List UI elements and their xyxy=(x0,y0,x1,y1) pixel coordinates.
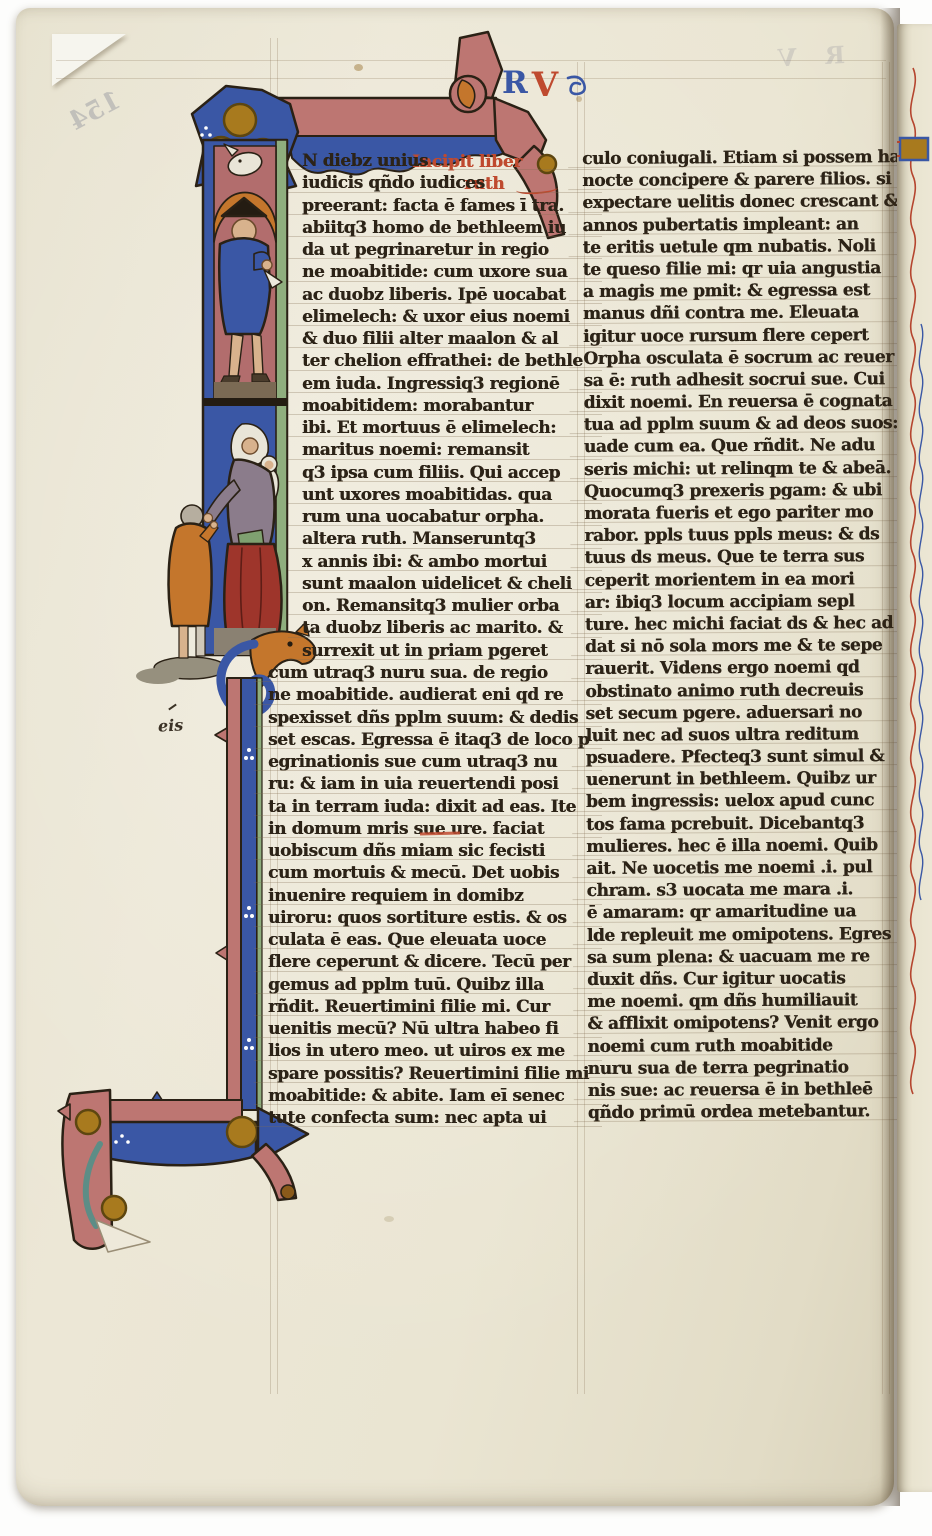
text-line: culata ē eas. Que eleuata uoce xyxy=(268,929,596,951)
text-line: rauerit. Videns ergo noemi qd xyxy=(585,656,897,680)
text-line: gemus ad pplm tuū. Quibz illa xyxy=(268,974,596,996)
shaft-thorn xyxy=(215,728,227,742)
text-line: mulieres. hec ē illa noemi. Quib xyxy=(586,834,898,858)
text-line: N diebz unius xyxy=(302,150,596,172)
shaft-green-edge xyxy=(257,678,262,1110)
text-line: ar: ibiq3 locum accipiam sepl xyxy=(585,590,897,614)
text-line: elimelech: & uxor eius noemi xyxy=(302,306,596,328)
text-line: ne moabitide. audierat eni qd re xyxy=(268,684,596,706)
text-line: culo coniugali. Etiam si possem hac xyxy=(582,146,894,170)
child-leg xyxy=(196,626,205,656)
text-line: nis sue: ac reuersa ē in bethleē xyxy=(588,1078,900,1102)
text-line: & afflixit omipotens? Venit ergo xyxy=(587,1011,899,1035)
text-line: q3 ipsa cum filiis. Qui accep xyxy=(302,462,596,484)
text-line: lde repleuit me omipotens. Egres xyxy=(587,923,899,947)
text-line: tuus ds meus. Que te terra sus xyxy=(584,545,896,569)
text-line: cum mortuis & mecū. Det uobis xyxy=(268,862,596,884)
red-flourish-line xyxy=(911,68,916,1094)
text-line: seris michi: ut relinqm te & abeā. xyxy=(584,457,896,481)
text-line: a magis me pmit: & egressa est xyxy=(583,279,895,303)
text-line: moabitide: & abite. Iam eī senec xyxy=(268,1085,596,1107)
text-line: ac duobz liberis. Ipē uocabat xyxy=(302,284,596,306)
text-line: te queso filie mi: qr uia angustia xyxy=(583,257,895,281)
running-header-showthrough: R V xyxy=(767,40,845,73)
text-line: duxit dñs. Cur igitur uocatis xyxy=(587,967,899,991)
hand xyxy=(262,260,272,270)
text-line: abiitq3 homo de bethleem iu xyxy=(302,217,596,239)
text-line: ait. Ne uocetis me noemi .i. pul xyxy=(586,856,898,880)
scene-divider xyxy=(203,398,287,406)
text-line: ture. hec michi faciat ds & hec ad xyxy=(585,612,897,636)
text-line: dat si nō sola mors me & te sepe xyxy=(585,634,897,658)
text-line: em iuda. Ingressiq3 regionē xyxy=(302,373,596,395)
photo-background: 154 R V R V xyxy=(0,0,932,1536)
text-line: da ut pegrinaretur in regio xyxy=(302,239,596,261)
gold-roundel-icon xyxy=(227,1117,257,1147)
border-bar-ornament xyxy=(900,138,928,160)
child-hand xyxy=(211,522,218,529)
stain xyxy=(576,96,582,102)
manuscript-page: 154 R V R V xyxy=(16,8,894,1506)
text-column-left-upper: N diebz uniusiudicis qñdo iudicespreeran… xyxy=(302,150,596,662)
text-line: inuenire requiem in domibz xyxy=(268,885,596,907)
stain xyxy=(384,1216,394,1222)
gold-roundel-icon xyxy=(224,104,256,136)
facing-page-edge xyxy=(897,24,932,1492)
text-line: spare possitis? Reuertimini filie mi xyxy=(268,1063,596,1085)
gold-roundel-icon xyxy=(76,1110,100,1134)
text-line: noemi cum ruth moabitide xyxy=(587,1034,899,1058)
text-line: Quocumq3 prexeris pgam: & ubi xyxy=(584,479,896,503)
text-line: uade cum ea. Que rñdit. Ne adu xyxy=(584,435,896,459)
text-line: ceperit morientem in ea mori xyxy=(585,568,897,592)
text-line: rñdit. Reuertimini filie mi. Cur xyxy=(268,996,596,1018)
text-line: manus dñi contra me. Eleuata xyxy=(583,301,895,325)
leaf-ball xyxy=(281,1185,295,1199)
text-line: uenitis mecū? Nū ultra habeo fi xyxy=(268,1018,596,1040)
text-line: bem ingressis: uelox apud cunc xyxy=(586,790,898,814)
hand xyxy=(204,514,213,523)
child-figure xyxy=(136,505,226,684)
text-line: set secum pgere. aduersari no xyxy=(585,701,897,725)
shaft-blue-strip xyxy=(241,678,257,1110)
text-line: spexisset dñs pplm suum: & dedis xyxy=(268,707,596,729)
text-line: ne moabitide: cum uxore sua xyxy=(302,261,596,283)
text-line: tua ad pplm suum & ad deos suos: xyxy=(584,412,896,436)
text-line: sa ē: ruth adhesit socrui sue. Cui xyxy=(583,368,895,392)
stain xyxy=(354,64,363,71)
text-line: igitur uoce rursum flere cepert xyxy=(583,324,895,348)
text-line: tute confecta sum: nec apta ui xyxy=(268,1107,596,1129)
text-line: nuru sua de terra pegrinatio xyxy=(588,1056,900,1080)
text-line: psuadere. Pfecteq3 sunt simul & xyxy=(586,745,898,769)
text-line: altera ruth. Manseruntq3 xyxy=(302,528,596,550)
text-line: uenerunt in bethleem. Quibz ur xyxy=(586,767,898,791)
leg xyxy=(252,334,263,374)
text-line: sa sum plena: & uacuam me re xyxy=(587,945,899,969)
text-line: ibi. Et mortuus ē elimelech: xyxy=(302,417,596,439)
text-line: unt uxores moabitidas. qua xyxy=(302,484,596,506)
shaft-thorn xyxy=(216,946,227,960)
text-line: cum utraq3 nuru sua. de regio xyxy=(268,662,596,684)
text-line: surrexit ut in priam pgeret xyxy=(302,640,596,662)
child-leg xyxy=(179,626,188,658)
text-line: me noemi. qm dñs humiliauit xyxy=(587,989,899,1013)
blue-flourish-line xyxy=(919,324,922,900)
shaft-rose-strip xyxy=(227,678,241,1110)
white-leaf xyxy=(96,1220,150,1252)
text-line: x annis ibi: & ambo mortui xyxy=(302,551,596,573)
text-line: Orpha osculata ē socrum ac reuer xyxy=(583,346,895,370)
text-line: ta in terram iuda: dixit ad eas. Ite xyxy=(268,796,596,818)
text-line: nocte concipere & parere filios. si xyxy=(582,168,894,192)
text-line: tos fama pcrebuit. Dicebantq3 xyxy=(586,812,898,836)
pen-flourish-border xyxy=(897,24,932,1492)
text-line: moabitidem: morabantur xyxy=(302,395,596,417)
text-line: flere ceperunt & dicere. Tecū per xyxy=(268,951,596,973)
text-line: expectare uelitis donec crescant & xyxy=(582,190,894,214)
text-line: ru: & iam in uia reuertendi posi xyxy=(268,773,596,795)
text-line: obstinato animo ruth decreuis xyxy=(585,679,897,703)
text-line: dixit noemi. En reuersa ē cognata xyxy=(583,390,895,414)
text-line: uiroru: quos sortiture estis. & os xyxy=(268,907,596,929)
text-line: & duo filii alter maalon & al xyxy=(302,328,596,350)
text-line: lios in utero meo. ut uiros ex me xyxy=(268,1040,596,1062)
text-line: ter chelion effrathei: de bethle xyxy=(302,350,596,372)
text-line: qñdo primū ordea metebantur. xyxy=(588,1100,900,1124)
text-line: in domum mris sue ure. faciat xyxy=(268,818,596,840)
text-line: rabor. ppls tuus ppls meus: & ds xyxy=(584,523,896,547)
text-line: morata fueris et ego pariter mo xyxy=(584,501,896,525)
text-line: maritus noemi: remansit xyxy=(302,439,596,461)
foot-rose-band xyxy=(96,1100,242,1124)
text-line: te eritis uetule qm nubatis. Noli xyxy=(583,235,895,259)
text-line: rum una uocabatur orpha. xyxy=(302,506,596,528)
text-line: preerant: facta ē fames ī tra. xyxy=(302,195,596,217)
text-line: iudicis qñdo iudices xyxy=(302,172,596,194)
text-line: set escas. Egressa ē itaq3 de loco p xyxy=(268,729,596,751)
margin-note: eis xyxy=(158,715,184,735)
text-line: ta duobz liberis ac marito. & xyxy=(302,617,596,639)
text-line: ē amaram: qr amaritudine ua xyxy=(587,900,899,924)
text-line: annos pubertatis impleant: an xyxy=(582,213,894,237)
text-line: on. Remansitq3 mulier orba xyxy=(302,595,596,617)
text-line: chram. s3 uocata me mara .i. xyxy=(586,878,898,902)
text-line: luit nec ad suos ultra reditum xyxy=(586,723,898,747)
gold-ball-icon xyxy=(102,1196,126,1220)
text-line: sunt maalon uidelicet & cheli xyxy=(302,573,596,595)
face xyxy=(242,438,258,454)
ground xyxy=(214,382,276,398)
text-line: egrinationis sue cum utraq3 nu xyxy=(268,751,596,773)
text-column-left-lower: cum utraq3 nuru sua. de regione moabitid… xyxy=(268,662,596,1129)
text-column-right: culo coniugali. Etiam si possem hacnocte… xyxy=(582,146,900,1124)
text-line: uobiscum dñs miam sic fecisti xyxy=(268,840,596,862)
